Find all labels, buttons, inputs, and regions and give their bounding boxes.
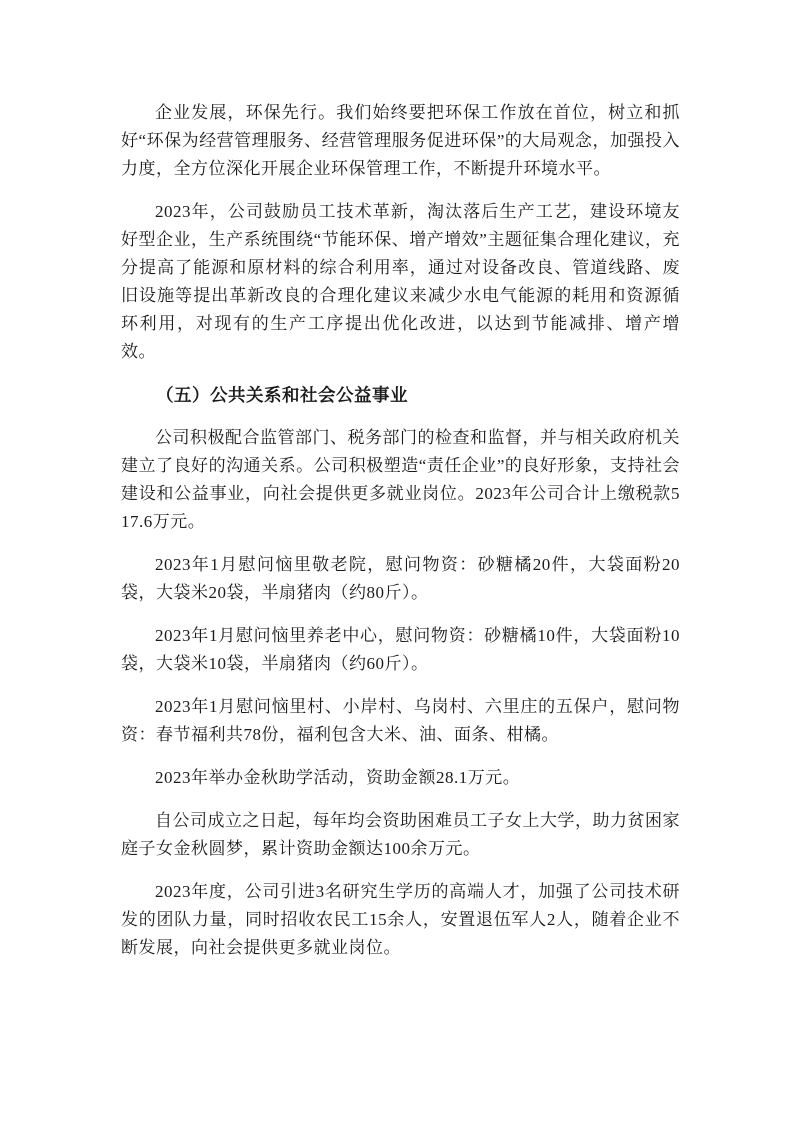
paragraph-government-relations: 公司积极配合监管部门、税务部门的检查和监督，并与相关政府机关建立了良好的沟通关系… — [121, 424, 680, 536]
paragraph-employee-children-aid: 自公司成立之日起，每年均会资助困难员工子女上大学，助力贫困家庭子女金秋圆梦，累计… — [121, 807, 680, 863]
paragraph-environment-policy: 企业发展，环保先行。我们始终要把环保工作放在首位，树立和抓好“环保为经营管理服务… — [121, 99, 680, 183]
document-page: 企业发展，环保先行。我们始终要把环保工作放在首位，树立和抓好“环保为经营管理服务… — [0, 0, 800, 1131]
paragraph-elder-care-center-donation: 2023年1月慰问恼里养老中心，慰问物资：砂糖橘10件，大袋面粉10袋，大袋米1… — [121, 622, 680, 678]
paragraph-village-welfare-donation: 2023年1月慰问恼里村、小岸村、乌岗村、六里庄的五保户，慰问物资：春节福利共7… — [121, 693, 680, 749]
paragraph-2023-tech-innovation: 2023年，公司鼓励员工技术革新，淘汰落后生产工艺，建设环境友好型企业，生产系统… — [121, 198, 680, 366]
paragraph-nursing-home-donation: 2023年1月慰问恼里敬老院，慰问物资：砂糖橘20件，大袋面粉20袋，大袋米20… — [121, 551, 680, 607]
paragraph-talent-recruitment: 2023年度，公司引进3名研究生学历的高端人才，加强了公司技术研发的团队力量，同… — [121, 878, 680, 962]
paragraph-autumn-scholarship: 2023年举办金秋助学活动，资助金额28.1万元。 — [121, 764, 680, 792]
section-heading-public-relations: （五）公共关系和社会公益事业 — [121, 381, 680, 409]
